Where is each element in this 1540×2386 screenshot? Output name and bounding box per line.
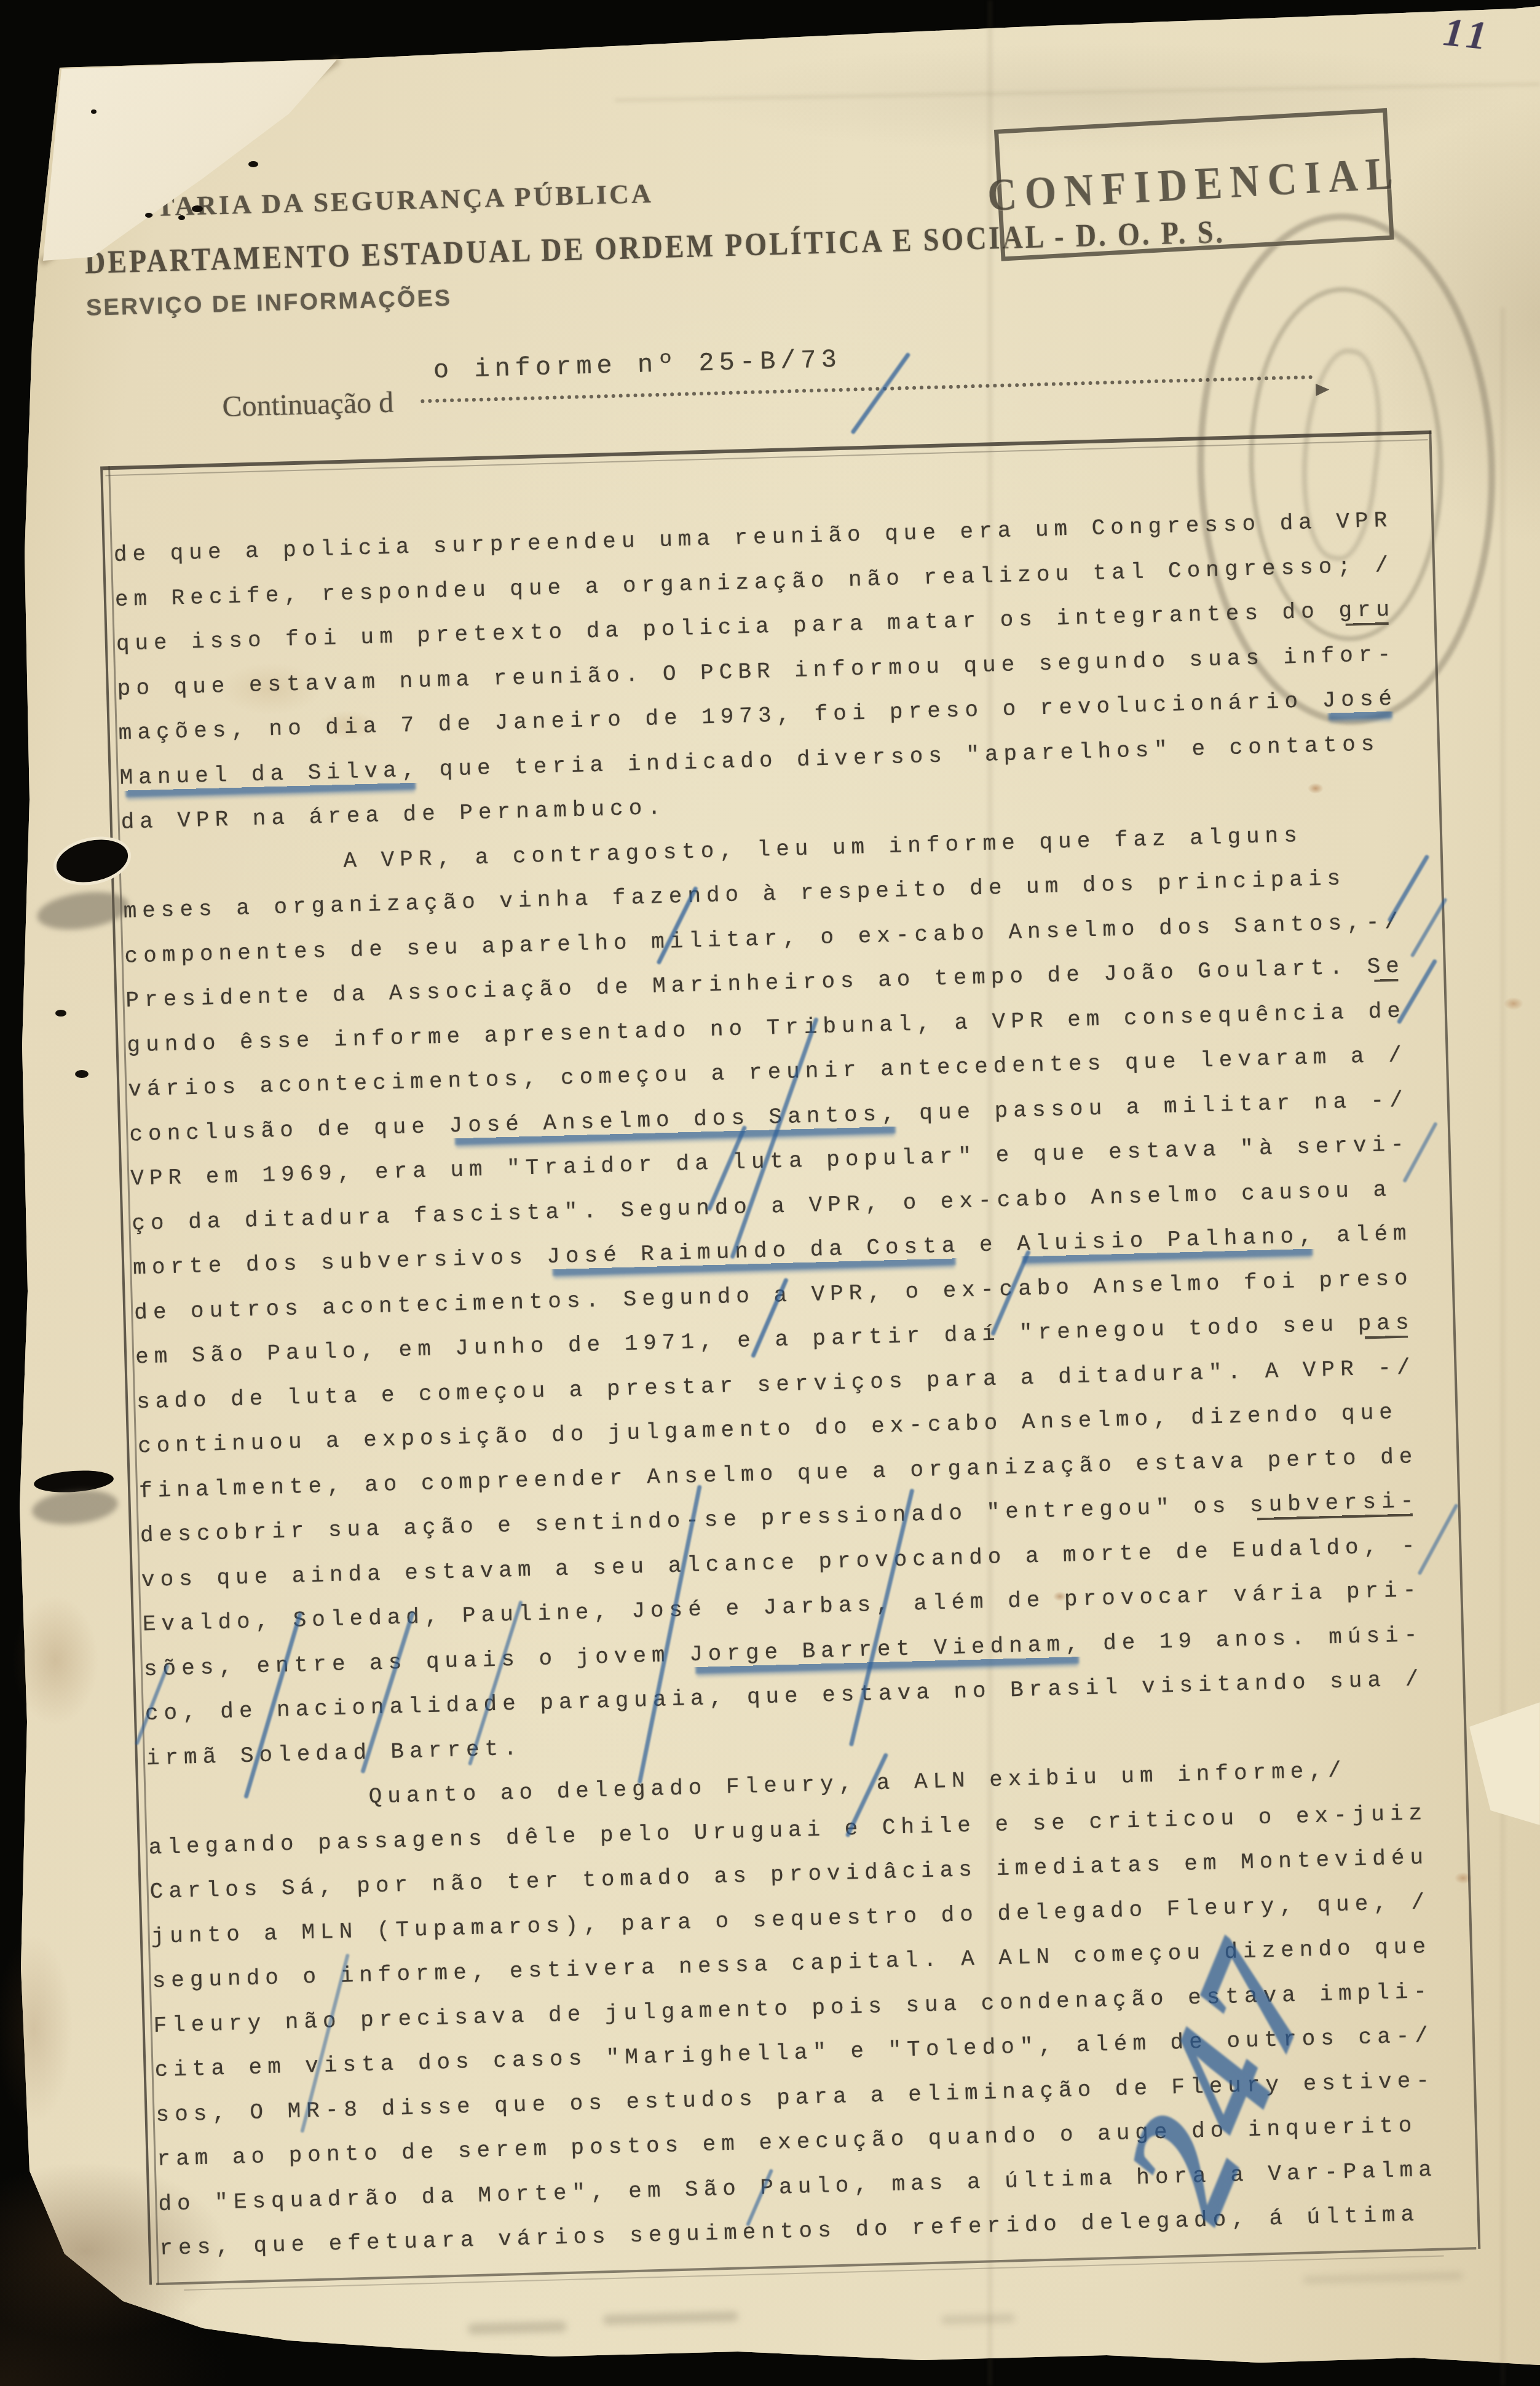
page-number-handwritten: 11 (1441, 9, 1494, 60)
paper-speck (178, 215, 185, 220)
typed-underline: gru (1338, 597, 1396, 624)
pen-strokes-layer (0, 0, 1477, 5)
faded-text-trace (603, 2312, 738, 2325)
paper-speck (55, 1010, 66, 1017)
paper-speck (91, 109, 97, 114)
paper-speck (192, 205, 203, 212)
blue-underlined-name: Jorge Barret Viednam, (689, 1631, 1085, 1667)
handwritten-number: 247 (1094, 1945, 1347, 2210)
paper-speck (75, 1070, 89, 1078)
continuation-typed-value: o informe nº 25-B/73 (433, 345, 842, 386)
blue-underlined-name: Aluisio Palhano, (1017, 1223, 1319, 1256)
typed-underline: Se (1367, 953, 1405, 980)
pen-stroke (850, 352, 911, 434)
confidential-stamp-text: CONFIDENCIAL (986, 147, 1402, 222)
arrow-icon (1316, 383, 1330, 396)
blue-underlined-name: Manuel da Silva, (119, 757, 421, 790)
blue-underlined-name: José Anselmo dos Santos, (449, 1101, 901, 1138)
blue-underlined-name: José Raimundo da Costa (547, 1233, 961, 1269)
typed-underline: subversi- (1249, 1488, 1419, 1518)
faded-text-trace (468, 2321, 566, 2334)
header-service: SERVIÇO DE INFORMAÇÕES (86, 285, 452, 322)
scanned-document-page: { "document": { "page_number": "11", "cl… (0, 0, 1540, 2386)
faded-text-trace (941, 2313, 1015, 2324)
blue-underlined-name: José (1322, 686, 1397, 713)
document-content: SECRETARIA DA SEGURANÇA PÚBLICA DEPARTAM… (0, 0, 1540, 2386)
paper-speck (145, 213, 152, 218)
paper-speck (248, 161, 258, 167)
faded-text-trace (1303, 2272, 1463, 2284)
typed-underline: pas (1357, 1310, 1415, 1336)
continuation-label: Continuação d (222, 386, 394, 424)
